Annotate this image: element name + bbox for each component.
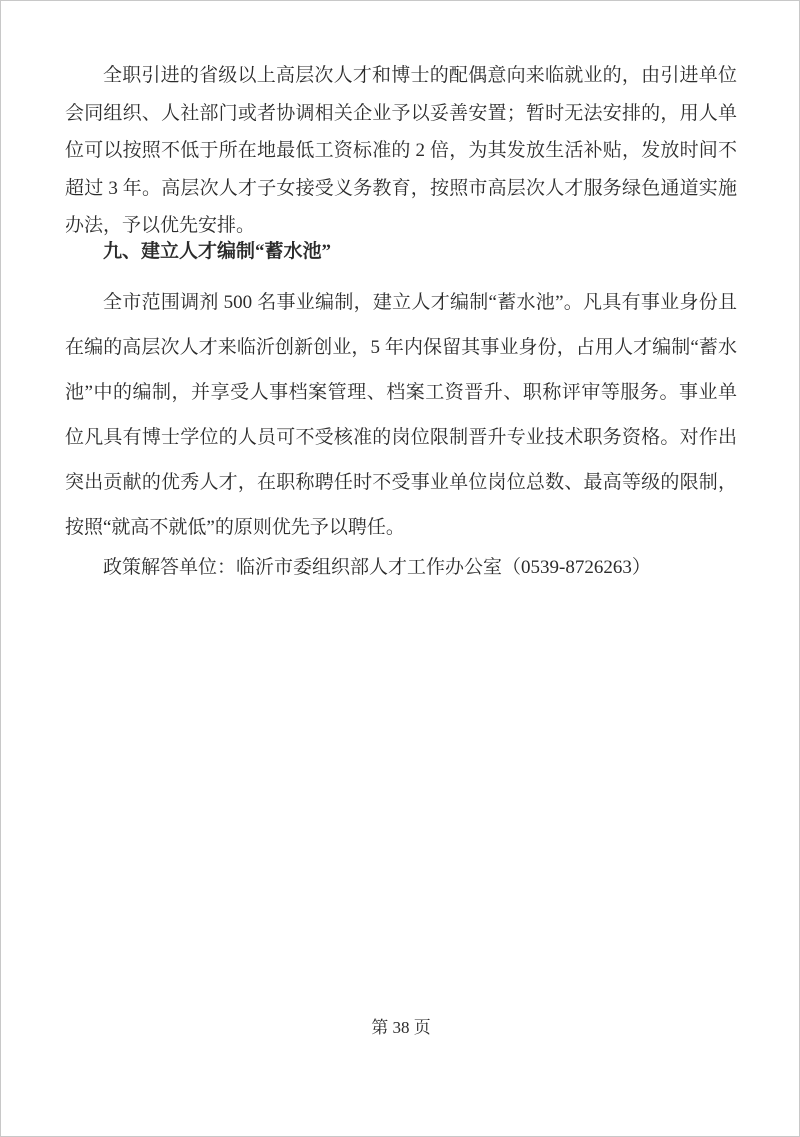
text-line: 位可以按照不低于所在地最低工资标准的 2 倍，为其发放生活补贴，发放时间不 bbox=[65, 132, 737, 170]
page-number: 第 38 页 bbox=[1, 1013, 800, 1043]
text-line: 位凡具有博士学位的人员可不受核准的岗位限制晋升专业技术职务资格。对作出 bbox=[65, 415, 737, 460]
document-page: 全职引进的省级以上高层次人才和博士的配偶意向来临就业的，由引进单位会同组织、人社… bbox=[0, 0, 800, 1137]
text-line: 突出贡献的优秀人才，在职称聘任时不受事业单位岗位总数、最高等级的限制， bbox=[65, 460, 737, 505]
contact-line: 政策解答单位：临沂市委组织部人才工作办公室（0539-8726263） bbox=[65, 549, 737, 587]
text-line: 全市范围调剂 500 名事业编制，建立人才编制“蓄水池”。凡具有事业身份且 bbox=[65, 280, 737, 325]
text-line: 全职引进的省级以上高层次人才和博士的配偶意向来临就业的，由引进单位 bbox=[65, 57, 737, 95]
text-line: 会同组织、人社部门或者协调相关企业予以妥善安置；暂时无法安排的，用人单 bbox=[65, 95, 737, 133]
text-line: 池”中的编制，并享受人事档案管理、档案工资晋升、职称评审等服务。事业单 bbox=[65, 370, 737, 415]
text-line: 按照“就高不就低”的原则优先予以聘任。 bbox=[65, 505, 737, 550]
text-line: 超过 3 年。高层次人才子女接受义务教育，按照市高层次人才服务绿色通道实施 bbox=[65, 170, 737, 208]
paragraph-talent-staffing-pool: 全市范围调剂 500 名事业编制，建立人才编制“蓄水池”。凡具有事业身份且在编的… bbox=[65, 280, 737, 550]
text-line: 在编的高层次人才来临沂创新创业，5 年内保留其事业身份，占用人才编制“蓄水 bbox=[65, 325, 737, 370]
paragraph-spouse-placement: 全职引进的省级以上高层次人才和博士的配偶意向来临就业的，由引进单位会同组织、人社… bbox=[65, 57, 737, 245]
section-heading: 九、建立人才编制“蓄水池” bbox=[65, 233, 737, 271]
